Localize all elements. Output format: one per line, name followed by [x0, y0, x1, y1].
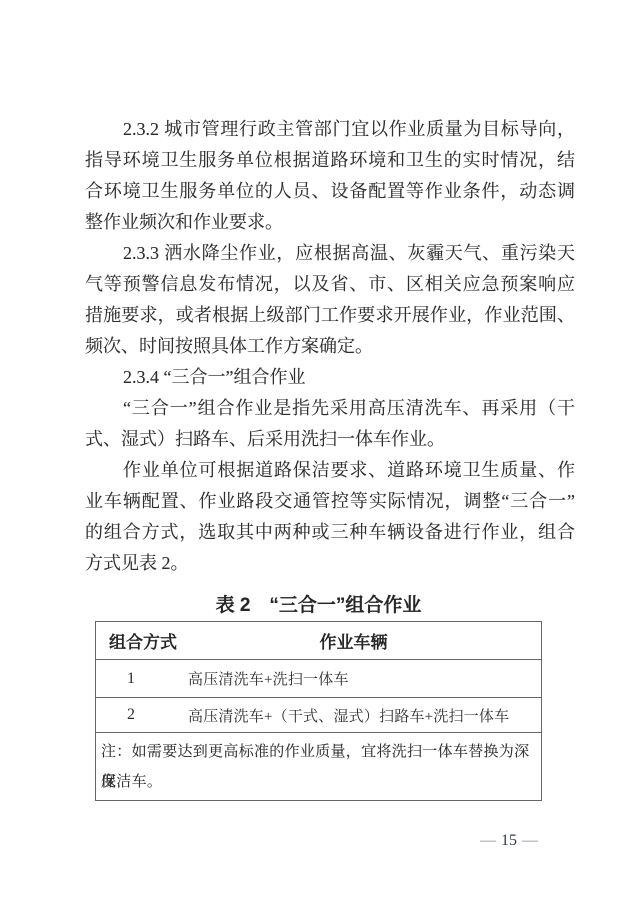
text-line: 2.3.3 洒水降尘作业，应根据高温、灰霾天气、重污染天: [85, 238, 575, 269]
text-line: 频次、时间按照具体工作方案确定。: [85, 331, 575, 362]
text-line: “三合一”组合作业是指先采用高压清洗车、再采用（干: [85, 393, 575, 424]
page-number-dash: —: [522, 832, 538, 849]
text-line: 指导环境卫生服务单位根据道路环境和卫生的实时情况，结: [85, 145, 575, 176]
paragraph-definition: “三合一”组合作业是指先采用高压清洗车、再采用（干 式、湿式）扫路车、后采用洗扫…: [85, 393, 575, 455]
table-row: 2 高压清洗车+（干式、湿式）扫路车+洗扫一体车: [96, 697, 541, 732]
page-number-value: 15: [496, 832, 522, 849]
paragraph-2-3-2: 2.3.2 城市管理行政主管部门宜以作业质量为目标导向， 指导环境卫生服务单位根…: [85, 114, 575, 238]
combination-table: 组合方式 作业车辆 1 高压清洗车+洗扫一体车 2 高压清洗车+（干式、湿式）扫…: [95, 621, 542, 801]
text-line: 的组合方式，选取其中两种或三种车辆设备进行作业，组合: [85, 517, 575, 548]
note-line: 注：如需要达到更高标准的作业质量，宜将洗扫一体车替换为深度: [101, 737, 535, 767]
paragraph-2-3-3: 2.3.3 洒水降尘作业，应根据高温、灰霾天气、重污染天 气等预警信息发布情况，…: [85, 238, 575, 362]
page-number-dash: —: [480, 832, 496, 849]
text-line: 方式见表 2。: [85, 548, 575, 579]
text-line: 整作业频次和作业要求。: [85, 207, 575, 238]
text-line: 合环境卫生服务单位的人员、设备配置等作业条件，动态调: [85, 176, 575, 207]
row-number-cell: 1: [96, 670, 166, 688]
row-number-cell: 2: [96, 706, 166, 724]
table-note: 注：如需要达到更高标准的作业质量，宜将洗扫一体车替换为深度 保洁车。: [96, 732, 541, 800]
text-line: 式、湿式）扫路车、后采用洗扫一体车作业。: [85, 424, 575, 455]
document-page: 2.3.2 城市管理行政主管部门宜以作业质量为目标导向， 指导环境卫生服务单位根…: [0, 0, 636, 900]
text-block: 2.3.2 城市管理行政主管部门宜以作业质量为目标导向， 指导环境卫生服务单位根…: [85, 114, 575, 801]
row-vehicles-cell: 高压清洗车+洗扫一体车: [166, 668, 541, 689]
text-line: 气等预警信息发布情况，以及省、市、区相关应急预案响应: [85, 269, 575, 300]
text-line: 业车辆配置、作业路段交通管控等实际情况，调整“三合一”: [85, 486, 575, 517]
header-cell-combination-mode: 组合方式: [96, 628, 166, 653]
text-line: 2.3.2 城市管理行政主管部门宜以作业质量为目标导向，: [85, 114, 575, 145]
row-vehicles-cell: 高压清洗车+（干式、湿式）扫路车+洗扫一体车: [166, 705, 541, 726]
text-line: 作业单位可根据道路保洁要求、道路环境卫生质量、作: [85, 455, 575, 486]
text-line: 措施要求，或者根据上级部门工作要求开展作业，作业范围、: [85, 300, 575, 331]
header-cell-work-vehicles: 作业车辆: [166, 628, 541, 653]
table-row: 1 高压清洗车+洗扫一体车: [96, 659, 541, 697]
paragraph-work-unit: 作业单位可根据道路保洁要求、道路环境卫生质量、作 业车辆配置、作业路段交通管控等…: [85, 455, 575, 579]
table-title: 表 2 “三合一”组合作业: [95, 591, 542, 621]
section-heading-2-3-4: 2.3.4 “三合一”组合作业: [85, 362, 575, 393]
note-line: 保洁车。: [101, 767, 535, 797]
table-header-row: 组合方式 作业车辆: [96, 622, 541, 659]
page-number: —15—: [0, 831, 636, 851]
